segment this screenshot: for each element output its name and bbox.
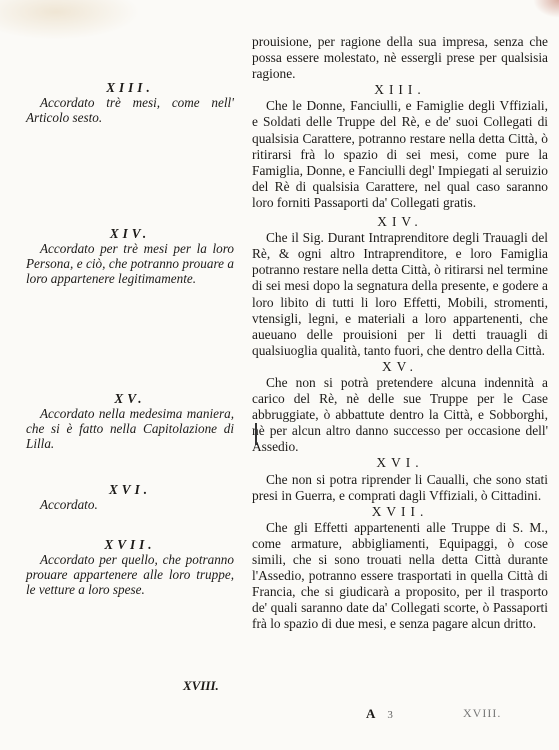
- right-column-flow: prouisione, per ragione della sua impres…: [252, 34, 548, 632]
- reply-article-15: XV. Accordato nella medesima maniera, ch…: [26, 391, 234, 451]
- article-number: XVII.: [26, 537, 234, 552]
- article-number: XIV.: [26, 226, 234, 241]
- article-text: Che le Donne, Fanciulli, e Famiglie degl…: [252, 98, 548, 211]
- article-text: Accordato.: [26, 497, 234, 512]
- article-text: Accordato nella medesima maniera, che si…: [26, 406, 234, 451]
- article-number: XIII.: [252, 82, 548, 98]
- article-text: Accordato per trè mesi per la loro Perso…: [26, 241, 234, 286]
- reply-article-16: XVI. Accordato.: [26, 482, 234, 512]
- article-number: XV.: [252, 359, 548, 375]
- right-catchword: XVIII.: [463, 706, 501, 721]
- article-number: XV.: [26, 391, 234, 406]
- article-number: XVI.: [26, 482, 234, 497]
- article-text: Che gli Effetti appartenenti alle Truppe…: [252, 520, 548, 633]
- signature-letter: A: [366, 706, 375, 721]
- article-text: Accordato trè mesi, come nell' Articolo …: [26, 95, 234, 125]
- left-catchword: XVIII.: [183, 678, 219, 694]
- article-text: Che non si potrà pretendere alcuna inden…: [252, 375, 548, 455]
- article-number: XIV.: [252, 214, 548, 230]
- ink-mark: [255, 423, 257, 445]
- left-column-replies: XIII. Accordato trè mesi, come nell' Art…: [0, 0, 245, 750]
- article-number: XVII.: [252, 504, 548, 520]
- reply-article-14: XIV. Accordato per trè mesi per la loro …: [26, 226, 234, 286]
- article-text: Che non si potra riprender li Caualli, c…: [252, 472, 548, 504]
- reply-article-17: XVII. Accordato per quello, che potranno…: [26, 537, 234, 597]
- article-number: XIII.: [26, 80, 234, 95]
- continuation-text: prouisione, per ragione della sua impres…: [252, 34, 548, 82]
- signature-number: 3: [387, 709, 393, 721]
- signature-mark: A3: [366, 706, 393, 722]
- article-number: XVI.: [252, 455, 548, 471]
- article-text: Accordato per quello, che potranno proua…: [26, 552, 234, 597]
- right-column-articles: prouisione, per ragione della sua impres…: [252, 0, 548, 750]
- reply-article-13: XIII. Accordato trè mesi, come nell' Art…: [26, 80, 234, 125]
- article-text: Che il Sig. Durant Intraprenditore degli…: [252, 230, 548, 359]
